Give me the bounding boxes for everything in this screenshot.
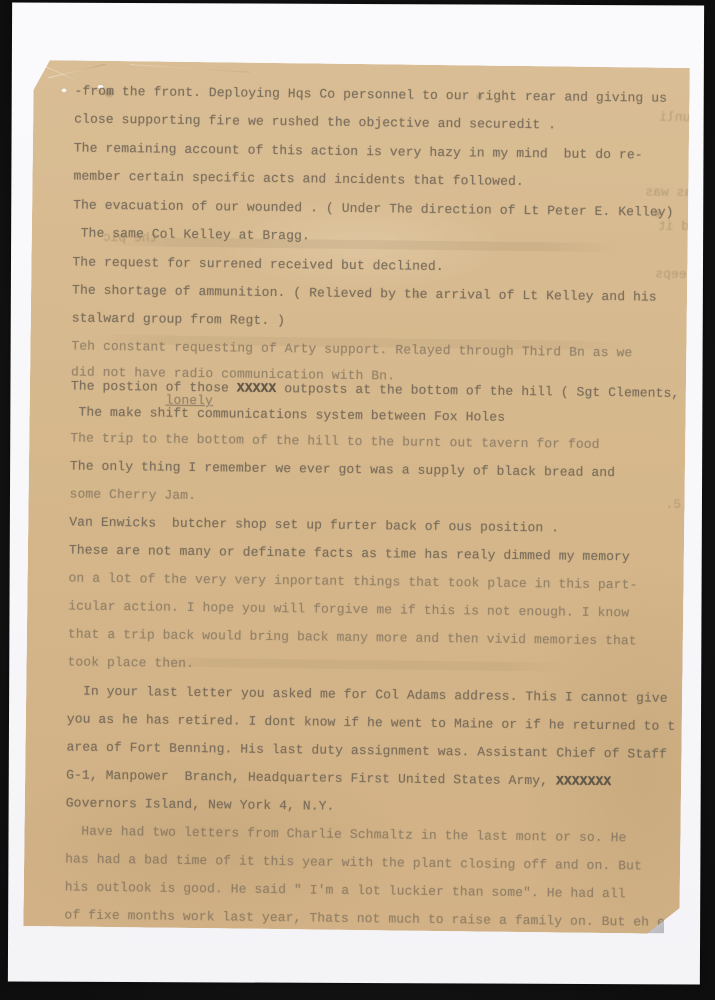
typed-line: The request for surrened received but de…	[72, 256, 444, 275]
ghost-text: the pic	[103, 231, 158, 246]
ghost-text: keeps	[655, 268, 694, 282]
typed-line: Have had two letters from Charlie Schmal…	[65, 824, 626, 845]
typed-segment-struck: XXXXXXX	[556, 773, 611, 789]
typed-line: icular action. I hope you will forgive m…	[68, 599, 629, 620]
typed-line: The remaining account of this action is …	[74, 142, 643, 163]
typed-line: The trip to the bottom of the hill to th…	[70, 431, 600, 451]
typed-line: G-1, Manpower Branch, Headquarters First…	[66, 768, 611, 789]
typed-line: These are not many or definate facts as …	[69, 543, 630, 564]
photo-mount: -from the front. Deploying Hqs Co person…	[8, 2, 704, 984]
typed-line: Van Enwicks butcher shop set up furter b…	[69, 515, 559, 535]
ghost-text: and it	[658, 220, 705, 235]
ghost-text: hunli	[659, 111, 698, 125]
typed-line: The shortage of ammunition. ( Relieved b…	[72, 283, 657, 304]
typed-line: The make shift communications system bet…	[71, 405, 506, 424]
typed-line: The only thing I remember we ever got wa…	[70, 459, 615, 480]
ghost-text: .5.4	[665, 498, 696, 512]
typed-line: Teh constant requesting of Arty support.…	[71, 339, 632, 360]
typed-line: stalward group from Regt. )	[72, 311, 285, 328]
typed-line: took place then.	[67, 655, 194, 671]
page-wrap: -from the front. Deploying Hqs Co person…	[20, 59, 692, 944]
letter-page: -from the front. Deploying Hqs Co person…	[23, 60, 690, 934]
typed-line: The evacuation of our wounded . ( Under …	[73, 199, 674, 220]
typed-line: member certain specific acts and inciden…	[73, 170, 524, 190]
typed-line: of fixe months work last year, Thats not…	[64, 908, 673, 929]
typed-line: his outlook is good. He said " I'm a lot…	[65, 880, 626, 901]
typed-line: area of Fort Benning. His last duty assi…	[66, 740, 667, 761]
typed-text-layer: -from the front. Deploying Hqs Co person…	[64, 61, 705, 935]
ghost-text: as was	[645, 185, 692, 200]
typed-line: on a lot of the very very inportant thin…	[68, 571, 637, 592]
typed-line: has had a bad time of it this year with …	[65, 852, 642, 873]
paper-speck	[62, 88, 67, 92]
typed-line: Governors Island, New York 4, N.Y.	[66, 796, 335, 813]
typed-line: that a trip back would bring back many m…	[68, 627, 637, 648]
typed-line: In your last letter you asked me for Col…	[67, 684, 668, 705]
typed-line: some Cherry Jam.	[70, 487, 197, 503]
scanned-letter-screenshot: { "palette": { "frame": "#131313", "moun…	[0, 0, 715, 1000]
typed-segment: G-1, Manpower Branch, Headquarters First…	[66, 767, 556, 788]
typed-line: you as he has retired. I dont know if he…	[67, 712, 676, 733]
typed-line: close supporting fire we rushed the obje…	[74, 113, 556, 133]
typed-line: -from the front. Deploying Hqs Co person…	[74, 85, 667, 106]
typed-segment-struck: XXXXX	[237, 381, 277, 396]
typed-segment: outposts at the bottom of the hill ( Sgt…	[276, 381, 679, 401]
